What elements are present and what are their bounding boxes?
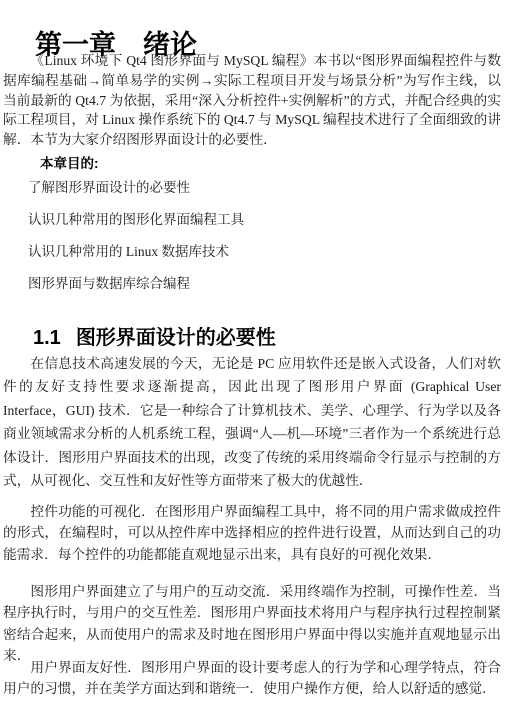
objective-item: 认识几种常用的图形化界面编程工具 (28, 213, 499, 227)
objectives-list: 了解图形界面设计的必要性 认识几种常用的图形化界面编程工具 认识几种常用的 Li… (28, 181, 499, 309)
objective-item: 认识几种常用的 Linux 数据库技术 (28, 245, 499, 259)
objective-item: 图形界面与数据库综合编程 (28, 277, 499, 291)
section-paragraph: 控件功能的可视化．在图形用户界面编程工具中，将不同的用户需求做成控件的形式，在编… (3, 501, 501, 565)
intro-paragraph: 《Linux 环境下 Qt4 图形界面与 MySQL 编程》本书以“图形界面编程… (3, 51, 501, 150)
document-page: 第一章 绪论 《Linux 环境下 Qt4 图形界面与 MySQL 编程》本书以… (0, 0, 509, 722)
section-number: 1.1 (33, 327, 61, 349)
objective-item: 了解图形界面设计的必要性 (28, 181, 499, 195)
section-paragraph: 图形用户界面建立了与用户的互动交流．采用终端作为控制，可操作性差．当程序执行时，… (3, 581, 501, 667)
objectives-heading: 本章目的: (40, 152, 99, 172)
section-heading: 1.1图形界面设计的必要性 (33, 321, 276, 350)
section-title: 图形界面设计的必要性 (76, 327, 276, 349)
section-paragraph: 用户界面友好性．图形用户界面的设计要考虑人的行为学和心理学特点，符合用户的习惯，… (3, 657, 501, 700)
section-paragraph: 在信息技术高速发展的今天，无论是 PC 应用软件还是嵌入式设备，人们对软件的友好… (3, 352, 501, 492)
